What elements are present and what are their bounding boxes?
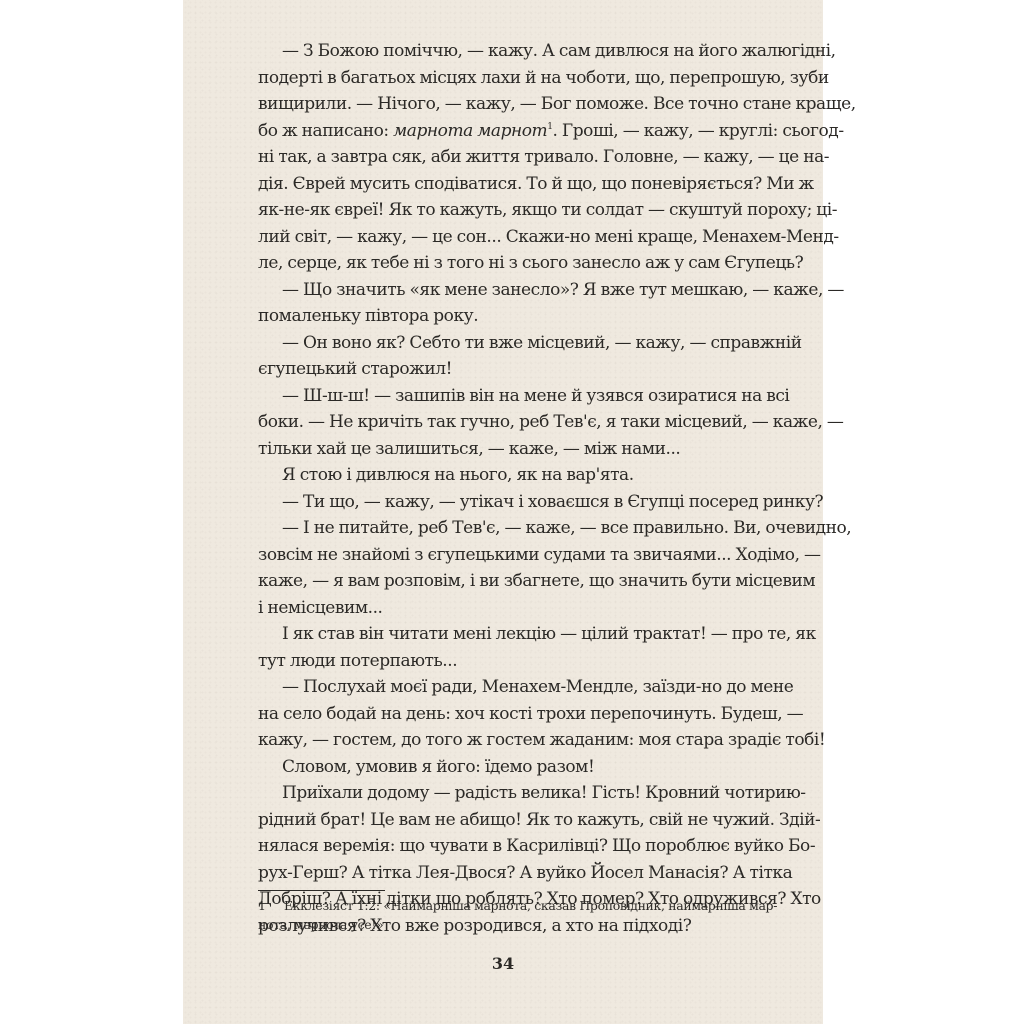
text-line: рух-Герш? А тітка Лея-Двося? А вуйко Йос… [258,860,771,887]
text-line: Я стою і дивлюся на нього, як на вар'ята… [258,462,771,489]
text-line: — Ш-ш-ш! — зашипів він на мене й узявся … [258,383,771,410]
text-line: зовсім не знайомі з єгупецькими судами т… [258,542,771,569]
text-line: — Ти що, — кажу, — утікач і ховаєшся в Є… [258,489,771,516]
text-line: — Що значить «як мене занесло»? Я вже ту… [258,277,771,304]
text-line: каже, — я вам розповім, і ви збагнете, щ… [258,568,771,595]
text-line: подерті в багатьох місцях лахи й на чобо… [258,65,771,92]
text-line-with-footnote: бо ж написано: марнота марнот1. Гроші, —… [258,118,771,145]
text-line: І як став він читати мені лекцію — цілий… [258,621,771,648]
footnote-line: 1Екклезіяст 1:2: «Наймарніша марнота, ск… [258,896,771,915]
text-fragment: . Гроші, — кажу, — круглі: сьогод- [553,121,844,141]
text-line: єгупецький старожил! [258,356,771,383]
book-page: — З Божою поміччю, — кажу. А сам дивлюся… [183,0,823,1024]
text-line: — З Божою поміччю, — кажу. А сам дивлюся… [258,38,771,65]
footnote-line: нота, марнота усе!» [258,915,771,934]
text-line: як-не-як євреї! Як то кажуть, якщо ти со… [258,197,771,224]
footnote-divider [258,890,385,891]
text-line: вищирили. — Нічого, — кажу, — Бог поможе… [258,91,771,118]
text-line: боки. — Не кричіть так гучно, реб Тев'є,… [258,409,771,436]
text-fragment: бо ж написано: [258,121,393,141]
text-line: і немісцевим... [258,595,771,622]
body-text: — З Божою поміччю, — кажу. А сам дивлюся… [258,38,771,939]
text-line: кажу, — гостем, до того ж гостем жаданим… [258,727,771,754]
text-line: — Послухай моєї ради, Менахем-Мендле, за… [258,674,771,701]
page-number: 34 [183,954,823,973]
footnote: 1Екклезіяст 1:2: «Наймарніша марнота, ск… [258,896,771,934]
text-line: — І не питайте, реб Тев'є, — каже, — все… [258,515,771,542]
italic-quote: марнота марнот [393,121,547,141]
text-line: тут люди потерпають... [258,648,771,675]
text-line: рідний брат! Це вам не абищо! Як то кажу… [258,807,771,834]
footnote-number: 1 [258,896,284,915]
text-line: — Он воно як? Себто ти вже місцевий, — к… [258,330,771,357]
text-line: на село бодай на день: хоч кості трохи п… [258,701,771,728]
text-line: дія. Єврей мусить сподіватися. То й що, … [258,171,771,198]
footnote-text: Екклезіяст 1:2: «Наймарніша марнота, ска… [284,898,777,913]
text-line: ні так, а завтра сяк, аби життя тривало.… [258,144,771,171]
text-line: лий світ, — кажу, — це сон... Скажи-но м… [258,224,771,251]
text-line: ле, серце, як тебе ні з того ні з сього … [258,250,771,277]
text-line: помаленьку півтора року. [258,303,771,330]
text-line: тільки хай це залишиться, — каже, — між … [258,436,771,463]
text-line: Словом, умовив я його: їдемо разом! [258,754,771,781]
text-line: нялася веремія: що чувати в Касрилівці? … [258,833,771,860]
text-line: Приїхали додому — радість велика! Гість!… [258,780,771,807]
